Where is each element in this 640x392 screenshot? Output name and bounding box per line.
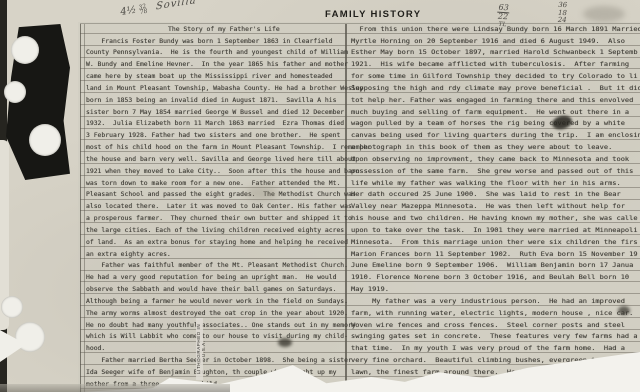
ruled-line bbox=[80, 92, 640, 93]
left-column-line: 1932. Julia Elizabeth born 11 March 1863… bbox=[86, 120, 344, 127]
left-column-line: Pleasant School and passed the eight gra… bbox=[86, 191, 356, 198]
ruled-line bbox=[80, 33, 640, 34]
left-column-line: of land. As an extra bonus for staying h… bbox=[86, 239, 348, 246]
page-bottom-shadow bbox=[0, 384, 230, 392]
right-column-line: Her dath occured 25 June 1900. She was l… bbox=[351, 191, 621, 198]
ruled-line bbox=[80, 175, 640, 176]
ruled-line bbox=[80, 222, 640, 223]
right-column-line: Marion Frances born 11 September 1902. R… bbox=[351, 251, 638, 258]
left-column-line: an extra eighty acres. bbox=[86, 251, 171, 258]
right-column-line: From this union there were Lindsay Bundy… bbox=[351, 26, 640, 33]
left-column-line: born in 1853 being an invalid died in Au… bbox=[86, 97, 336, 104]
right-column-line: Upon observing no improvment, they came … bbox=[351, 156, 629, 163]
ruled-line bbox=[80, 246, 640, 247]
right-column-line: his house and two children. He having kn… bbox=[351, 215, 638, 222]
ruled-line bbox=[80, 317, 640, 318]
right-column-line: Esther May born 15 October 1897, married… bbox=[351, 49, 638, 56]
left-column-line: sister born 7 May 1854 married George W … bbox=[86, 109, 344, 116]
left-column-line: Father was faithful member of the Mt. Pl… bbox=[86, 262, 348, 269]
right-column-line: June Emeline born 9 September 1906. Will… bbox=[351, 262, 633, 269]
sheet-top-edge bbox=[80, 23, 640, 24]
left-column-line: was torn down to make room for a new one… bbox=[86, 180, 340, 187]
left-column-line: Although being a farmer he would never w… bbox=[86, 298, 348, 305]
left-column-line: most of his child hood on the farm in Mo… bbox=[86, 144, 371, 151]
punch-hole bbox=[1, 296, 23, 318]
ink-smudge bbox=[618, 306, 630, 315]
left-column-line: The army worms almost destroyed the oat … bbox=[86, 310, 348, 317]
right-column-line: farm, with running water, electric light… bbox=[351, 310, 633, 317]
ruled-line bbox=[80, 352, 640, 353]
left-margin-rule bbox=[80, 24, 81, 392]
ruled-line bbox=[80, 139, 640, 140]
left-column-line: Francis Foster Bundy was born 1 Septembe… bbox=[86, 38, 333, 45]
ruled-line bbox=[80, 305, 640, 306]
ruled-line bbox=[80, 163, 640, 164]
ruled-line bbox=[80, 210, 640, 211]
right-column-line: 1921. His wife became afflicted with tub… bbox=[351, 61, 629, 68]
punch-hole bbox=[11, 36, 39, 64]
right-column-line: Woven wire fences and cross fences. Stee… bbox=[351, 322, 625, 329]
right-column-line: swinging gates set in concrete. These fe… bbox=[351, 333, 638, 340]
left-column-line: He had a very good reputation for being … bbox=[86, 274, 336, 281]
right-column-line: life while my father was walking the flo… bbox=[351, 180, 621, 187]
punch-hole bbox=[4, 81, 26, 103]
right-column-line: canvas being used for living quarters du… bbox=[351, 132, 640, 139]
right-column-line: wagon pulled by a team of horses the rig… bbox=[351, 120, 625, 127]
right-column-line: May 1919. bbox=[351, 286, 389, 293]
pencil-annotation-catalog: 4½ 3278 Sovilla bbox=[120, 0, 198, 18]
ruled-line bbox=[80, 281, 640, 282]
ruled-line bbox=[80, 234, 640, 235]
lithographed-stamp: LITHOGRAPHED IN U.S.A. bbox=[196, 318, 203, 380]
left-column-line: a prosperous farmer. They churned their … bbox=[86, 215, 352, 222]
left-margin-rule-inner bbox=[84, 24, 85, 392]
left-column-line: hood. bbox=[86, 345, 105, 352]
left-column-line: He no doubt had many youthful associates… bbox=[86, 322, 356, 329]
right-column-line: Valley near Mazeppa Minnesota. He was th… bbox=[351, 203, 625, 210]
left-column-line: observe the Sabbath and would have their… bbox=[86, 286, 336, 293]
left-column-line: which is Will Labbit who come to our hou… bbox=[86, 333, 348, 340]
ruled-line bbox=[80, 270, 640, 271]
right-column-line: upon to take over the task. In 1901 they… bbox=[351, 227, 638, 234]
left-column-line: the large cities. Each of the living chi… bbox=[86, 227, 344, 234]
ruled-line bbox=[80, 341, 640, 342]
ruled-line bbox=[80, 57, 640, 58]
right-column-line: Myrtle Horning on 20 September 1916 and … bbox=[351, 38, 625, 45]
left-column-line: W. Bundy and Emeline Hevner. In the year… bbox=[86, 61, 348, 68]
left-column-line: also located there. Later it was moved t… bbox=[86, 203, 352, 210]
ruled-line bbox=[80, 151, 640, 152]
left-column-line: the house and barn very well. Savilla an… bbox=[86, 156, 356, 163]
scanned-album-page: FAMILY HISTORY 4½ 3278 Sovilla 63 22 TL … bbox=[0, 0, 640, 392]
ruled-line bbox=[80, 80, 640, 81]
right-column-line: Minnesota. From this marriage union ther… bbox=[351, 239, 638, 246]
right-column-line: a photograph in this book of them as the… bbox=[351, 144, 612, 151]
right-column-line: for some time in Gilford Township they d… bbox=[351, 73, 638, 80]
right-column-line: tot help her. Father was engaged in farm… bbox=[351, 97, 633, 104]
right-column-line: Supposing the high and rdy climate may p… bbox=[351, 85, 640, 92]
catalog-whole-number: 4½ bbox=[120, 5, 138, 18]
column-number-3: 24 bbox=[558, 17, 567, 25]
ruled-line bbox=[80, 104, 640, 105]
ruled-line bbox=[80, 293, 640, 294]
right-column-line: much buying and selling of farm equipmen… bbox=[351, 109, 629, 116]
left-column-line: County Pennsylvania. He is the fourth an… bbox=[86, 49, 348, 56]
pencil-smear bbox=[583, 6, 625, 22]
right-column-line: My father was a very industrious person.… bbox=[351, 298, 625, 305]
left-column-line: land in Mount Pleasant Township, Wabasha… bbox=[86, 85, 363, 92]
pencil-annotation-column: 36 18 24 bbox=[558, 2, 568, 25]
catalog-fraction: 3278 bbox=[138, 4, 148, 16]
ruled-line bbox=[80, 199, 640, 200]
right-column-line: possession of the same farm. She grew wo… bbox=[351, 168, 633, 175]
punch-hole bbox=[29, 124, 61, 156]
left-column-line: Father married Bertha Seeger in October … bbox=[86, 357, 352, 364]
page-header: FAMILY HISTORY bbox=[325, 9, 421, 20]
left-column-line: came here by steam boat up the Mississip… bbox=[86, 73, 333, 80]
left-column-line: 1921 when they moved to Lake City.. Soon… bbox=[86, 168, 360, 175]
catalog-name: Sovilla bbox=[156, 0, 197, 13]
paper-stain bbox=[246, 186, 278, 200]
left-column-title: The Story of my Father's Life bbox=[168, 26, 280, 33]
ruled-line bbox=[80, 68, 640, 69]
ink-smudge bbox=[278, 338, 292, 347]
left-column-line: 3 February 1928. Father had two sisters … bbox=[86, 132, 340, 139]
right-column-line: 1910. Florence Norene born 3 October 191… bbox=[351, 274, 629, 281]
right-column-line: that time. In my youth I was very proud … bbox=[351, 345, 625, 352]
